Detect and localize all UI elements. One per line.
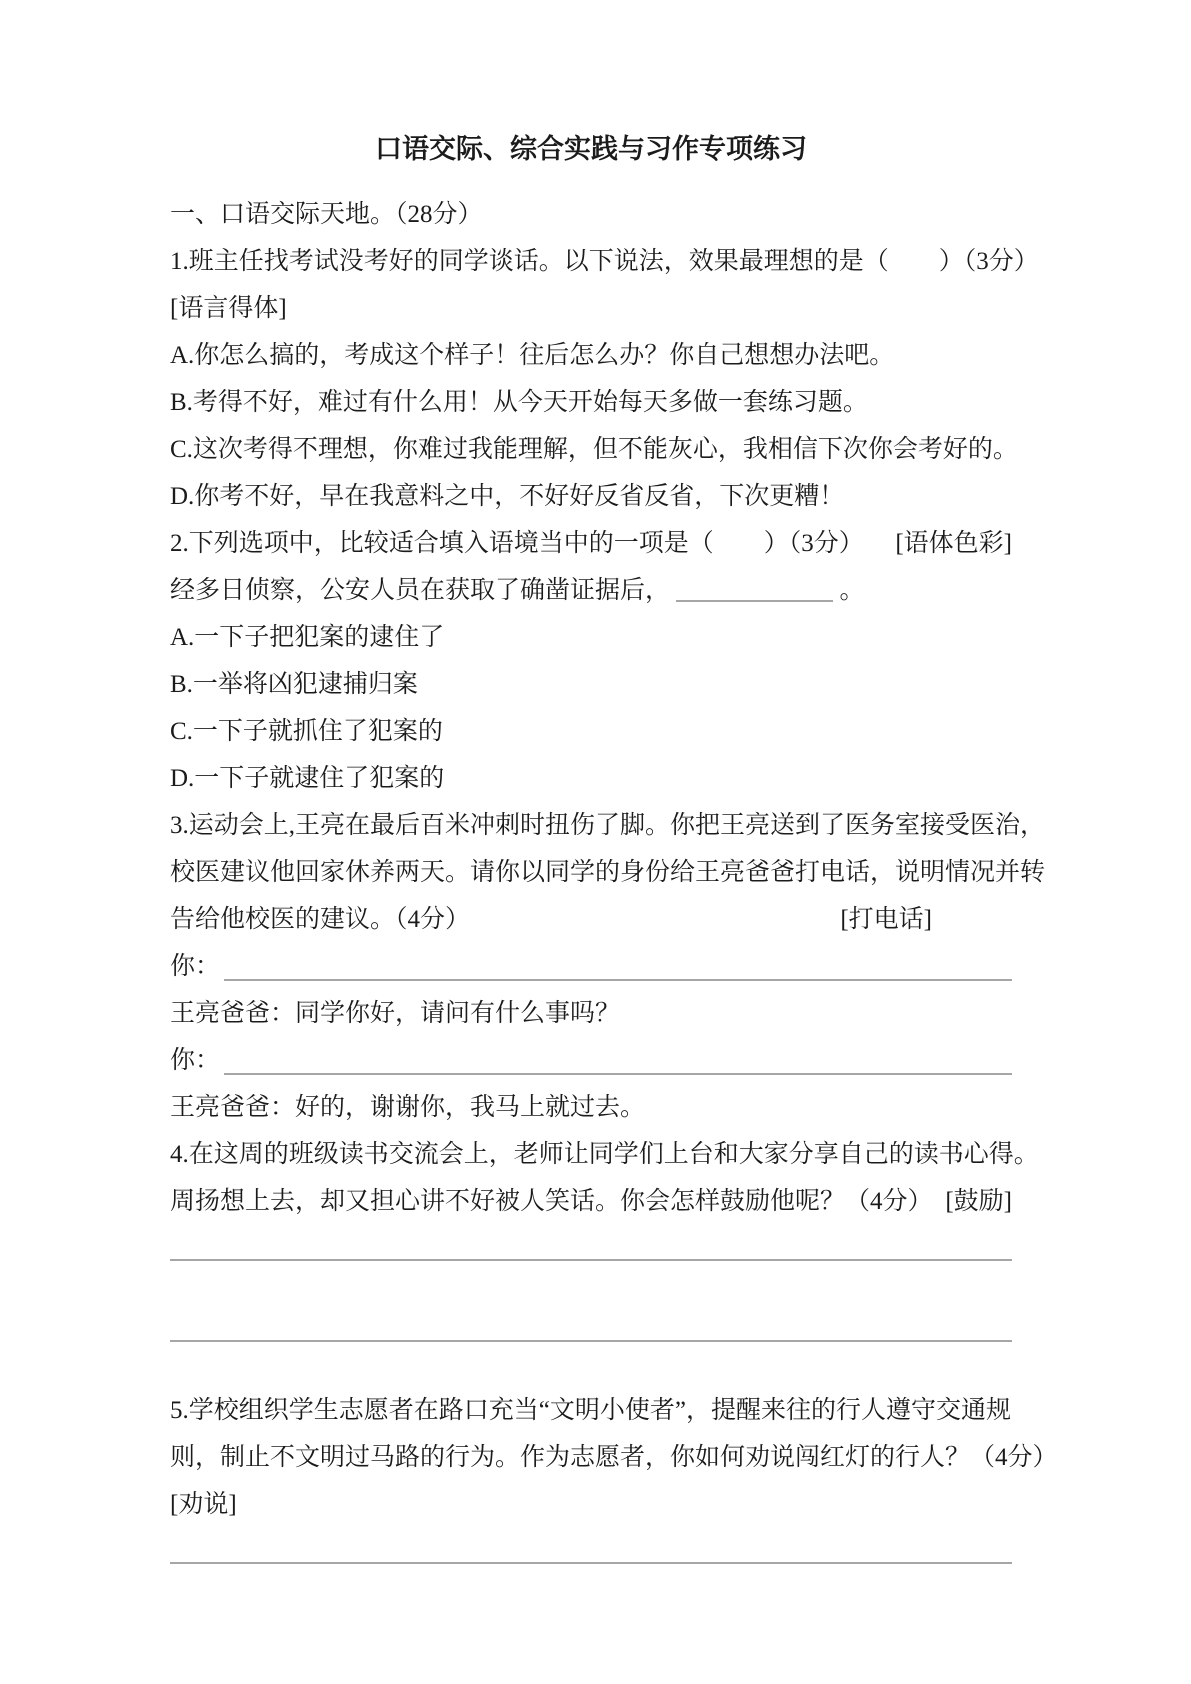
- q3-dialog-you-2-label: 你：: [170, 1037, 220, 1084]
- q2-option-c: C.一下子就抓住了犯案的: [170, 708, 1012, 755]
- q1-option-c: C.这次考得不理想，你难过我能理解，但不能灰心，我相信下次你会考好的。: [170, 426, 1012, 473]
- q3-dialog-you-2-blank: [224, 1037, 1012, 1075]
- q2-context-period: 。: [840, 577, 865, 604]
- q3-dialog-father-1: 王亮爸爸：同学你好，请问有什么事吗？: [170, 990, 1012, 1037]
- q1-option-d: D.你考不好，早在我意料之中，不好好反省反省，下次更糟！: [170, 473, 1012, 520]
- q4-stem-row-2: 周扬想上去，却又担心讲不好被人笑话。你会怎样鼓励他呢？（4分） [鼓励]: [170, 1178, 1012, 1225]
- q3-dialog-you-1-blank: [224, 943, 1012, 981]
- q3-stem-line-1: 3.运动会上,王亮在最后百米冲刺时扭伤了脚。你把王亮送到了医务室接受医治，: [170, 802, 1012, 849]
- q5-stem-line-1: 5.学校组织学生志愿者在路口充当“文明小使者”，提醒来往的行人遵守交通规: [170, 1387, 1012, 1434]
- q4-answer-line-2: [170, 1340, 1012, 1387]
- q4-stem-line-1: 4.在这周的班级读书交流会上，老师让同学们上台和大家分享自己的读书心得。: [170, 1131, 1012, 1178]
- q2-option-b: B.一举将凶犯逮捕归案: [170, 661, 1012, 708]
- q3-stem-line-3: 告给他校医的建议。（4分）: [170, 896, 470, 943]
- section-heading: 一、口语交际天地。（28分）: [170, 191, 1012, 238]
- q4-answer-rule-2: [170, 1340, 1012, 1342]
- q2-stem: 2.下列选项中，比较适合填入语境当中的一项是（ ）（3分）: [170, 520, 864, 567]
- q4-answer-line-1: [170, 1259, 1012, 1306]
- q4-skill-tag: [鼓励]: [945, 1178, 1012, 1225]
- q3-dialog-you-1-label: 你：: [170, 943, 220, 990]
- q2-context-row: 经多日侦察，公安人员在获取了确凿证据后， 。: [170, 567, 1012, 614]
- q4-answer-rule-1: [170, 1259, 1012, 1261]
- q2-skill-tag: [语体色彩]: [895, 520, 1012, 567]
- q3-stem-row-3: 告给他校医的建议。（4分） [打电话]: [170, 896, 1012, 943]
- q1-option-b: B.考得不好，难过有什么用！从今天开始每天多做一套练习题。: [170, 379, 1012, 426]
- q2-fill-in-blank: [676, 600, 833, 602]
- page-title: 口语交际、综合实践与习作专项练习: [170, 126, 1012, 173]
- q3-stem-line-2: 校医建议他回家休养两天。请你以同学的身份给王亮爸爸打电话，说明情况并转: [170, 849, 1012, 896]
- q1-stem: 1.班主任找考试没考好的同学谈话。以下说法，效果最理想的是（ ）（3分）: [170, 238, 1012, 285]
- q5-stem-line-2: 则，制止不文明过马路的行为。作为志愿者，你如何劝说闯红灯的行人？（4分）: [170, 1434, 1012, 1481]
- q3-dialog-you-2: 你：: [170, 1037, 1012, 1084]
- q3-dialog-you-1: 你：: [170, 943, 1012, 990]
- q3-skill-tag: [打电话]: [840, 896, 932, 943]
- q1-option-a: A.你怎么搞的，考成这个样子！往后怎么办？你自己想想办法吧。: [170, 332, 1012, 379]
- q3-dialog-father-2: 王亮爸爸：好的，谢谢你，我马上就过去。: [170, 1084, 1012, 1131]
- q4-stem-line-2: 周扬想上去，却又担心讲不好被人笑话。你会怎样鼓励他呢？（4分）: [170, 1178, 933, 1225]
- q5-skill-tag: [劝说]: [170, 1481, 1012, 1528]
- q2-option-d: D.一下子就逮住了犯案的: [170, 755, 1012, 802]
- q1-skill-tag: [语言得体]: [170, 285, 1012, 332]
- worksheet-page: 口语交际、综合实践与习作专项练习 一、口语交际天地。（28分） 1.班主任找考试…: [0, 0, 1191, 1684]
- q5-answer-line-1: [170, 1562, 1012, 1609]
- q5-answer-rule-1: [170, 1562, 1012, 1564]
- q2-context-text: 经多日侦察，公安人员在获取了确凿证据后，: [170, 577, 670, 604]
- q2-option-a: A.一下子把犯案的逮住了: [170, 614, 1012, 661]
- q2-stem-row: 2.下列选项中，比较适合填入语境当中的一项是（ ）（3分） [语体色彩]: [170, 520, 1012, 567]
- worksheet-content: 口语交际、综合实践与习作专项练习 一、口语交际天地。（28分） 1.班主任找考试…: [170, 126, 1012, 1609]
